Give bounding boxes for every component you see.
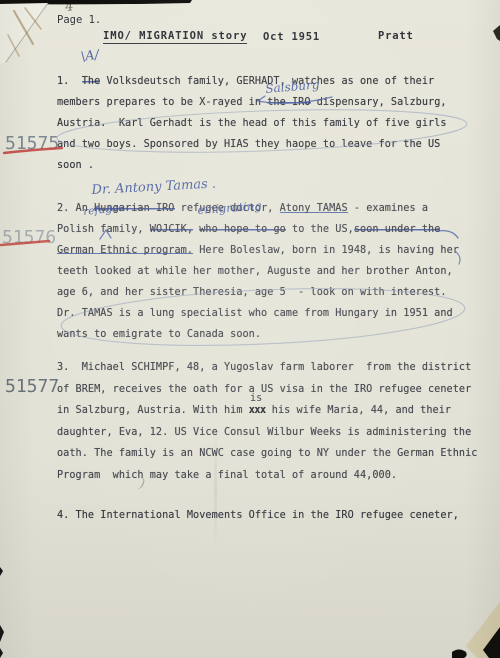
scanner-blob-bottom bbox=[452, 650, 467, 658]
typed-line: daughter, Eva, 12. US Vice Consul Wilbur… bbox=[57, 427, 471, 438]
typed-line: Program which may take a final total of … bbox=[57, 470, 397, 481]
typed-line: Dr. TAMAS is a lung specialist who came … bbox=[57, 308, 453, 319]
typed-segment: dispensary, Salzburg, bbox=[311, 97, 447, 108]
torn-corner-edge bbox=[6, 3, 48, 62]
typed-segment-marked: German Ethnic program. bbox=[57, 245, 193, 256]
typed-segment-marked: WOJCIK, bbox=[150, 224, 193, 235]
negative-number-51575: 51575 bbox=[5, 133, 59, 154]
typed-segment: wants to emigrate to Canada soon. bbox=[57, 329, 261, 340]
scanner-nick-left-2 bbox=[0, 625, 4, 642]
typed-line: age 6, and her sister Theresia, age 5 - … bbox=[57, 287, 447, 298]
typed-segment: 4. The International Movements Office in… bbox=[57, 510, 459, 521]
typed-line: oath. The family is an NCWC case going t… bbox=[57, 448, 477, 459]
typed-segment-marked: The bbox=[82, 76, 101, 87]
pencil-mark-4: 4 bbox=[64, 0, 74, 15]
typed-line: wants to emigrate to Canada soon. bbox=[57, 329, 261, 340]
document-title: IMO/ MIGRATION story bbox=[103, 30, 247, 44]
typed-segment: of BREM, receives the oath for a US visa… bbox=[57, 384, 471, 395]
typed-line: 3. Michael SCHIMPF, 48, a Yugoslav farm … bbox=[57, 362, 471, 373]
typed-line: 1. The Volksdeutsch family, GERHADT, wat… bbox=[57, 76, 434, 87]
typed-segment-marked: Atony TAMAS bbox=[280, 203, 348, 214]
typed-segment: 1. bbox=[57, 76, 82, 87]
typed-segment-marked: the IRO bbox=[267, 97, 310, 108]
torn-corner-flap bbox=[0, 3, 48, 64]
typed-segment: Polish family, bbox=[57, 224, 150, 235]
typed-segment: teeth looked at while her mother, August… bbox=[57, 266, 453, 277]
scanner-mark-right bbox=[493, 25, 500, 41]
typed-line: soon . bbox=[57, 160, 94, 171]
typed-segment: daughter, Eva, 12. US Vice Consul Wilbur… bbox=[57, 427, 471, 438]
typed-segment-marked: xxx bbox=[249, 405, 266, 416]
typed-segment: and two boys. Sponsored by HIAS they hao… bbox=[57, 139, 440, 150]
typed-line: German Ethnic program. Here Boleslaw, bo… bbox=[57, 245, 459, 256]
scanner-nick-left-3 bbox=[0, 648, 3, 658]
stain-streak-3 bbox=[8, 35, 19, 56]
scanned-document-page: Page 1. IMO/ MIGRATION story Oct 1951 Pr… bbox=[0, 0, 500, 658]
typed-segment: to the US, bbox=[286, 224, 354, 235]
typed-segment-marked: soon under the bbox=[354, 224, 441, 235]
typed-segment: Dr. TAMAS is a lung specialist who came … bbox=[57, 308, 453, 319]
typed-segment: age 6, and her sister Theresia, age 5 - … bbox=[57, 287, 447, 298]
document-byline: Pratt bbox=[378, 30, 414, 42]
handwritten-A-insert: \A/ bbox=[80, 48, 100, 65]
typed-line: of BREM, receives the oath for a US visa… bbox=[57, 384, 471, 395]
typed-segment: oath. The family is an NCWC case going t… bbox=[57, 448, 477, 459]
scanner-edge-left-top bbox=[0, 0, 14, 34]
strike-tail-swoosh bbox=[438, 231, 458, 238]
typed-segment: Here Boleslaw, born in 1948, is having h… bbox=[193, 245, 459, 256]
typed-segment: 3. Michael SCHIMPF, 48, a Yugoslav farm … bbox=[57, 362, 471, 373]
scanner-corner-bottom-right bbox=[483, 627, 500, 658]
page-number-label: Page 1. bbox=[57, 14, 101, 26]
typed-line: 4. The International Movements Office in… bbox=[57, 510, 459, 521]
stain-streak-2 bbox=[25, 8, 41, 29]
typed-line: teeth looked at while her mother, August… bbox=[57, 266, 453, 277]
typed-segment: members prepares to be X-rayed in bbox=[57, 97, 267, 108]
typed-correction-is: is bbox=[250, 393, 262, 404]
typed-segment: his wife Maria, 44, and their bbox=[266, 405, 452, 416]
typed-segment-marked: who hope to go bbox=[199, 224, 286, 235]
stain-streak-1 bbox=[14, 11, 33, 44]
typed-line: and two boys. Sponsored by HIAS they hao… bbox=[57, 139, 440, 150]
typed-segment: Austria. Karl Gerhadt is the head of thi… bbox=[57, 118, 447, 129]
typed-line: members prepares to be X-rayed in the IR… bbox=[57, 97, 447, 108]
typed-segment: soon . bbox=[57, 160, 94, 171]
scanner-nick-left-1 bbox=[0, 567, 3, 576]
scanner-edge-top bbox=[0, 0, 192, 4]
folded-corner-tan bbox=[466, 602, 500, 658]
typed-segment: Program which may take a final total of … bbox=[57, 470, 397, 481]
negative-number-51576: 51576 bbox=[2, 227, 56, 248]
typed-line: Polish family, WOJCIK, who hope to go to… bbox=[57, 224, 440, 235]
typed-segment: - examines a bbox=[348, 203, 428, 214]
handwritten-dr-antony-tamas: Dr. Antony Tamas . bbox=[91, 177, 216, 198]
negative-number-51577: 51577 bbox=[5, 376, 59, 397]
typed-line: in Salzburg, Austria. With him xxx his w… bbox=[57, 405, 451, 416]
handwritten-emigrating: emigrating bbox=[197, 199, 262, 217]
document-date: Oct 1951 bbox=[263, 31, 320, 43]
typed-segment: in Salzburg, Austria. With him bbox=[57, 405, 249, 416]
typed-line: Austria. Karl Gerhadt is the head of thi… bbox=[57, 118, 447, 129]
